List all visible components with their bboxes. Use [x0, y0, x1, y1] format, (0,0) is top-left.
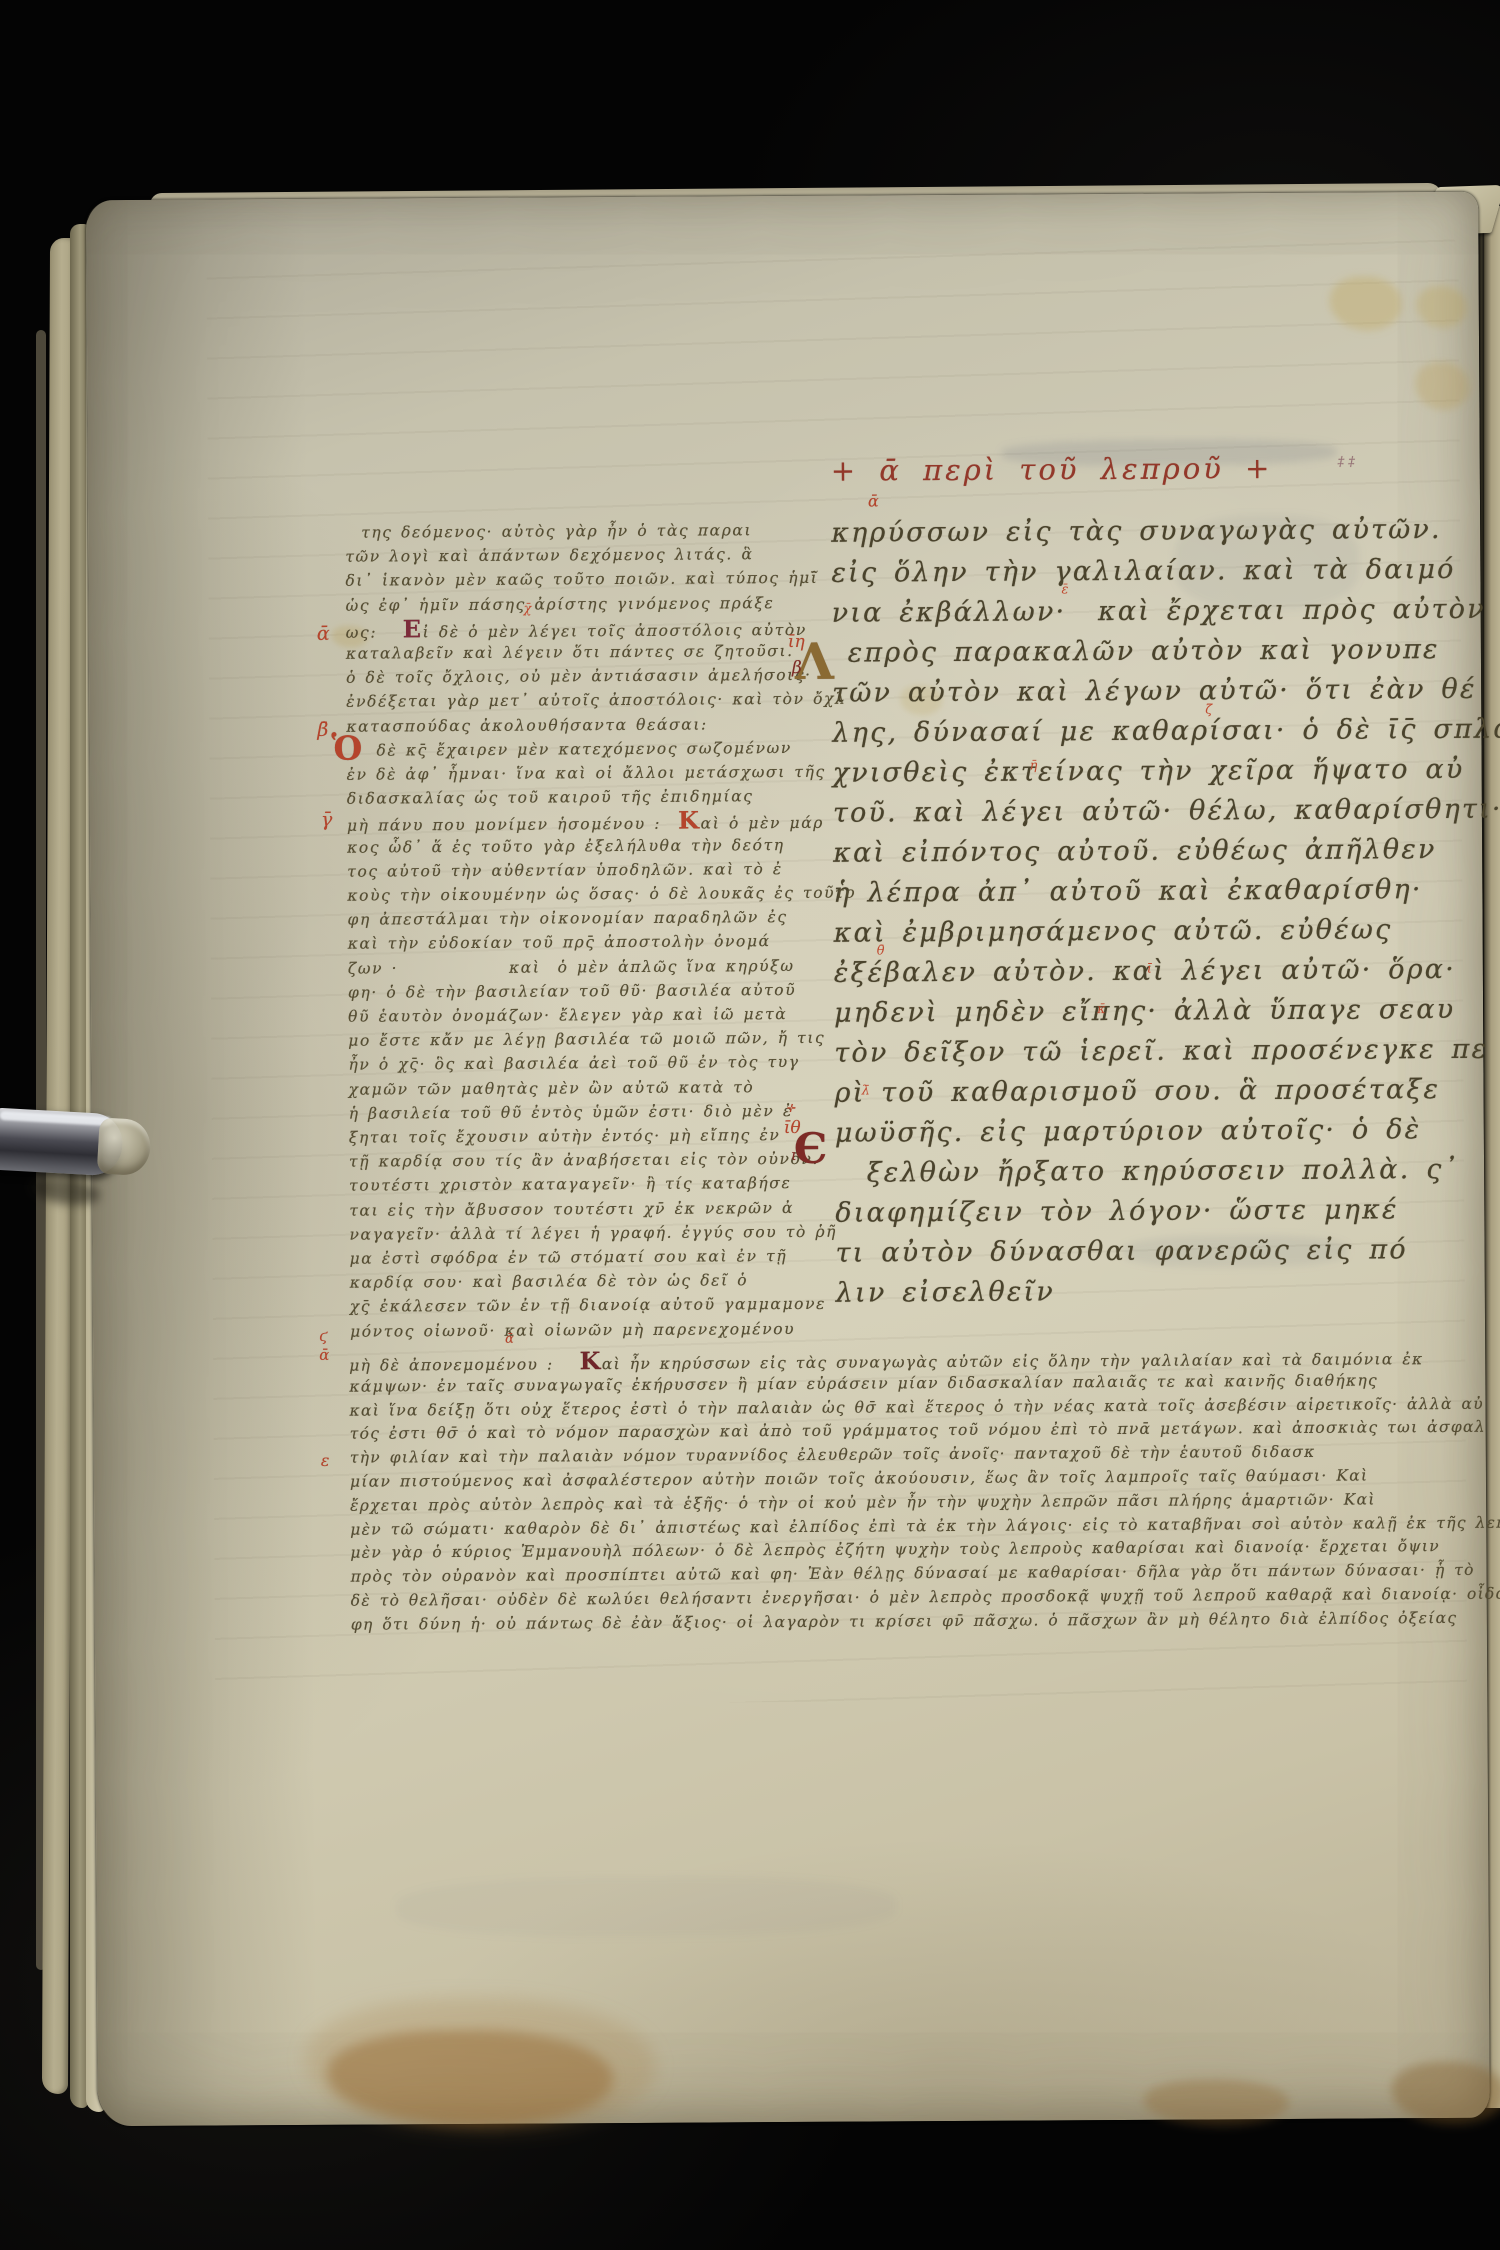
text-line: μόντος οἰωνοῦ· καὶ οἰωνῶν μὴ παρενεχομέν… — [350, 1317, 795, 1344]
text-line: ξελθὼν ἤρξατο κηρύσσειν πολλὰ. ς᾽ — [835, 1150, 1459, 1194]
initial-omicron: Ὁ — [331, 729, 362, 768]
text-line: ἐν δὲ ἀφ᾽ ἧμναι· ἵνα καὶ οἱ ἄλλοι μετάσχ… — [347, 760, 826, 787]
text-line: επρὸς παρακαλῶν αὐτὸν καὶ γονυπε — [832, 630, 1440, 674]
text-line: καὶ εἰπόντος αὐτοῦ. εὐθέως ἀπῆλθεν — [833, 830, 1437, 874]
text-line: τῶν αὐτὸν καὶ λέγων αὐτῶ· ὅτι ἐὰν θέ — [832, 670, 1477, 714]
text-line: τι αὐτὸν δύνασθαι φανερῶς εἰς πό — [835, 1230, 1407, 1273]
text-line: μωϋσῆς. εἰς μαρτύριον αὐτοῖς· ὁ δὲ — [835, 1110, 1422, 1154]
red-superscript: λ̄ — [862, 1083, 870, 1098]
text-line: δι᾽ ἱκανὸν μὲν καῶς τοῦτο ποιῶν. καὶ τύπ… — [345, 566, 818, 593]
text-line: τῶν λογὶ καὶ ἁπάντων δεχόμενος λιτάς. ἃ — [345, 542, 753, 568]
marginal-numeral: ✛ — [786, 1102, 795, 1115]
parchment-page: + ᾱ περὶ τοῦ λεπροῦ + κηρύσσων εἰς τὰς σ… — [86, 192, 1490, 2126]
text-line: ἐνδέξεται γὰρ μετ᾽ αὐτοῖς ἀποστόλοις· κα… — [346, 687, 846, 714]
red-superscript: θ̄ — [877, 943, 885, 958]
text-line: χαμῶν τῶν μαθητὰς μὲν ὢν αὐτῶ κατὰ τὸ — [348, 1075, 754, 1101]
ink-showthrough — [396, 1875, 896, 1938]
text-line: μα ἐστὶ σφόδρα ἐν τῶ στόματί σου καὶ ἐν … — [350, 1244, 788, 1271]
text-line: ἡ βασιλεία τοῦ θῦ ἐντὸς ὑμῶν ἐστι· διὸ μ… — [349, 1099, 793, 1126]
marginal-numeral: ϛ — [319, 1327, 328, 1345]
red-superscript: ε̄ — [1061, 582, 1068, 597]
page-weight-tip — [97, 1117, 152, 1176]
text-line: καὶ τὴν εὐδοκίαν τοῦ πρς̄ ἀποστολὴν ὀνομ… — [348, 929, 771, 956]
marginal-numeral: ᾱ — [317, 623, 330, 645]
text-line: λιν εἰσελθεῖν — [836, 1272, 1055, 1313]
text-line: κοὺς τὴν οἰκουμένην ὡς ὅσας· ὁ δὲ λουκᾶς… — [347, 881, 856, 908]
text-line: ἦν ὁ χς̄· ὃς καὶ βασιλέα ἀεὶ τοῦ θῦ ἐν τ… — [348, 1050, 799, 1077]
text-line: νια ἐκβάλλων· καὶ ἔρχεται πρὸς αὐτὸν — [832, 590, 1486, 634]
parchment-stain — [1144, 2079, 1289, 2126]
text-line: ἐξέβαλεν αὐτὸν. καὶ λέγει αὐτῶ· ὅρα· — [834, 950, 1456, 994]
inline-initial: Ε — [403, 614, 423, 643]
text-line: ρὶ τοῦ καθαρισμοῦ σου. ἃ προσέταξε — [834, 1070, 1440, 1114]
text-line: ζων · καὶ ὁ μὲν ἁπλῶς ἵνα κηρύξω — [348, 954, 795, 981]
text-line: κηρύσσων εἰς τὰς συναγωγὰς αὐτῶν. — [831, 510, 1442, 554]
inline-initial: Κ — [678, 806, 701, 835]
marginal-numeral: β̄ — [317, 719, 328, 741]
text-line: μηδενὶ μηδὲν εἴπης· ἀλλὰ ὕπαγε σεαυ — [834, 990, 1455, 1034]
marginal-numeral: ᾱ — [505, 1332, 514, 1347]
text-line: ἡ λέπρα ἀπ᾽ αὐτοῦ καὶ ἐκαθαρίσθη· — [833, 870, 1422, 914]
text-line: ὁ δὲ τοῖς ὄχλοις, οὐ μὲν ἀντιάσασιν ἀμελ… — [346, 663, 812, 690]
red-superscript: κ̄ — [1097, 1002, 1106, 1017]
text-line: τος αὐτοῦ τὴν αὐθεντίαν ὑποδηλῶν. καὶ τὸ… — [347, 857, 783, 884]
text-line: ται εἰς τὴν ἄβυσσον τουτέστι χν̄ ἐκ νεκρ… — [349, 1196, 794, 1223]
text-line: καταλαβεῖν καὶ λέγειν ὅτι πάντες σε ζητο… — [346, 639, 794, 666]
text-line: κος ὧδ᾽ ἅ ἐς τοῦτο γὰρ ἐξελήλυθα τὴν δεό… — [347, 833, 785, 860]
text-line: καὶ ἐμβριμησάμενος αὐτῶ. εὐθέως — [834, 910, 1393, 953]
text-line: ναγαγεῖν· ἀλλὰ τί λέγει ἡ γραφή. ἐγγύς σ… — [349, 1220, 837, 1247]
text-line: της δεόμενος· αὐτὸς γὰρ ἦν ὁ τὰς παραι — [361, 518, 752, 544]
marginal-numeral: γ̄ — [321, 809, 332, 831]
marginal-numeral: ᾱ — [868, 491, 879, 510]
marginal-numeral: ᾱ — [319, 1346, 329, 1364]
text-line: χνισθεὶς ἐκτείνας τὴν χεῖρα ἥψατο αὐ — [833, 750, 1465, 794]
red-superscript: ῑ — [1147, 962, 1152, 977]
inline-initial: Κ — [580, 1346, 602, 1375]
text-line: διαφημίζειν τὸν λόγον· ὥστε μηκέ — [835, 1190, 1399, 1233]
marginal-numeral: ῑθ — [784, 1118, 801, 1138]
parchment-stain — [1392, 2062, 1500, 2125]
text-line: τῇ καρδίᾳ σου τίς ἂν ἀναβήσεται εἰς τὸν … — [349, 1147, 819, 1174]
manuscript-photo: + ᾱ περὶ τοῦ λεπροῦ + κηρύσσων εἰς τὰς σ… — [0, 0, 1500, 2250]
text-line: τὸν δεῖξον τῶ ἱερεῖ. καὶ προσένεγκε πε — [834, 1030, 1488, 1074]
red-superscript: ζ̄ — [1205, 702, 1212, 717]
text-line: ξηται τοῖς ἔχουσιν αὐτὴν ἐντός· μὴ εἴπης… — [349, 1123, 781, 1150]
text-line: κατασπούδας ἀκολουθήσαντα θεάσαι: — [346, 712, 708, 738]
marginal-numeral: ι — [791, 1146, 797, 1164]
text-line: λης, δύνασαί με καθαρίσαι· ὁ δὲ ῑς̄ σπλα… — [832, 709, 1500, 753]
red-superscript: η̄ — [1030, 758, 1038, 773]
text-line: φη ἀπεστάλμαι τὴν οἰκονομίαν παραδηλῶν ἐ… — [347, 905, 787, 932]
marginal-numeral: ‡ ‡ — [1338, 455, 1355, 470]
marginal-numeral: ε — [321, 1451, 330, 1470]
chapter-title: + ᾱ περὶ τοῦ λεπροῦ + — [831, 451, 1273, 488]
text-line: τοῦ. καὶ λέγει αὐτῶ· θέλω, καθαρίσθητι· — [833, 790, 1500, 834]
text-line: τουτέστι χριστὸν καταγαγεῖν· ἢ τίς καταβ… — [349, 1171, 791, 1198]
marginal-numeral: ῑη — [788, 632, 805, 652]
text-line: δὲ κς̄ ἔχαιρεν μὲν κατεχόμενος σωζομένων — [376, 736, 791, 763]
text-line: θῦ ἑαυτὸν ὀνομάζων· ἔλεγεν γὰρ καὶ ἰῶ με… — [348, 1002, 787, 1029]
marginal-numeral: β — [792, 658, 802, 678]
text-line: καρδίᾳ σου· καὶ βασιλέα δὲ τὸν ὡς δεῖ ὁ — [350, 1268, 749, 1294]
text-line: μο ἔστε κἄν με λέγῃ βασιλέα τῶ μοιῶ πῶν,… — [348, 1026, 825, 1053]
text-line: φη· ὁ δὲ τὴν βασιλείαν τοῦ θῦ· βασιλέα α… — [348, 978, 796, 1005]
text-line: χς̄ ἐκάλεσεν τῶν ἐν τῇ διανοίᾳ αὐτοῦ γαμ… — [350, 1292, 826, 1319]
text-line: εἰς ὅλην τὴν γαλιλαίαν. καὶ τὰ δαιμό — [831, 550, 1455, 594]
red-superscript: χ̄ — [524, 602, 532, 617]
